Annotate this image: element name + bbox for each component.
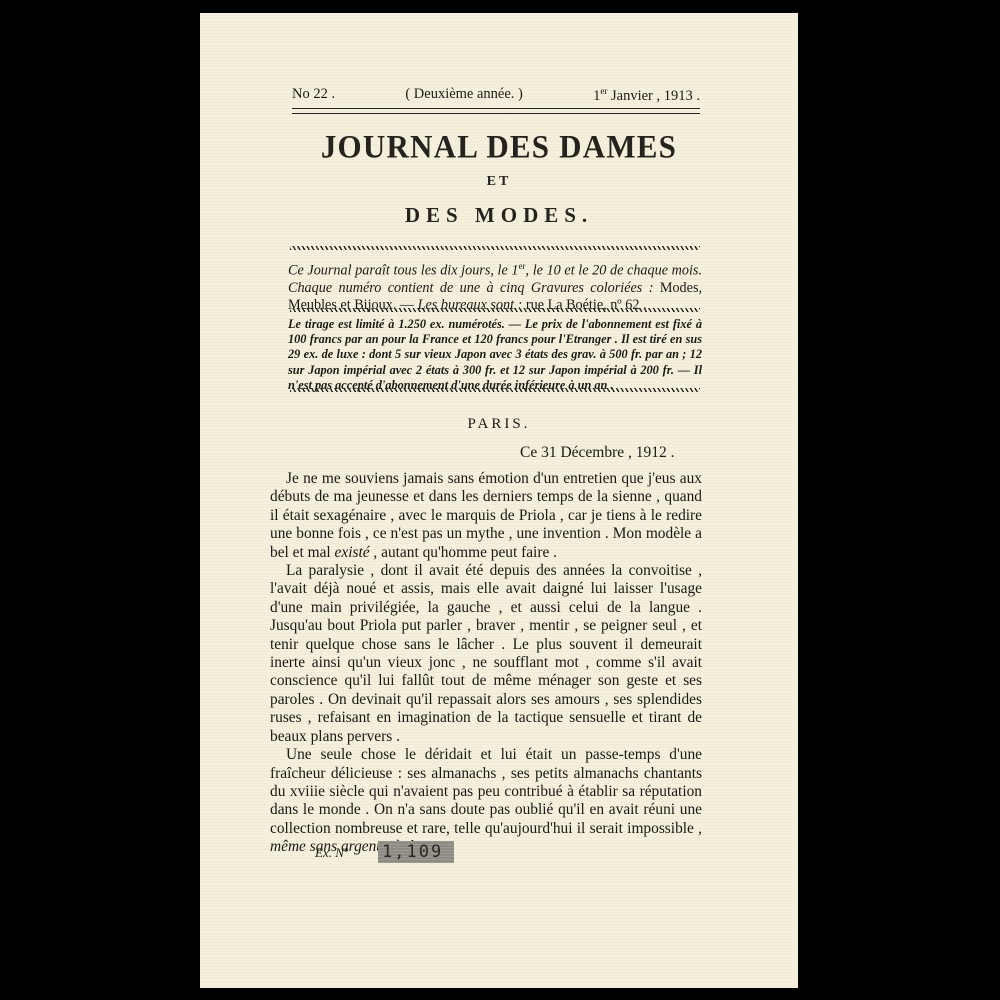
publication-info: Ce Journal paraît tous les dix jours, le… [288,261,702,314]
wavy-rule-divider [290,308,700,312]
journal-page: No 22 . ( Deuxième année. ) 1er Janvier … [200,13,798,988]
article-body: Je ne me souviens jamais sans émotion d'… [270,470,702,857]
article-location: PARIS. [200,416,798,433]
masthead-title: JOURNAL DES DAMES [200,128,798,166]
paragraph: Je ne me souviens jamais sans émotion d'… [270,470,702,562]
copy-number-stamp: 1,109 [378,841,454,863]
edition-year: ( Deuxième année. ) [405,86,523,105]
masthead-conjunction: ET [200,174,798,190]
double-rule-divider [292,108,700,114]
issue-header: No 22 . ( Deuxième année. ) 1er Janvier … [292,86,700,105]
issue-number: No 22 . [292,86,335,105]
article-dateline: Ce 31 Décembre , 1912 . [520,444,675,462]
masthead-subtitle: DES MODES. [200,203,798,228]
paragraph: Une seule chose le déridait et lui était… [270,746,702,856]
issue-date: 1er Janvier , 1913 . [593,86,700,105]
subscription-info: Le tirage est limité à 1.250 ex. numérot… [288,317,702,393]
copy-number-label: Ex. Nº [315,845,348,861]
wavy-rule-divider [290,388,700,392]
wavy-rule-divider [290,246,700,250]
paragraph: La paralysie , dont il avait été depuis … [270,562,702,746]
